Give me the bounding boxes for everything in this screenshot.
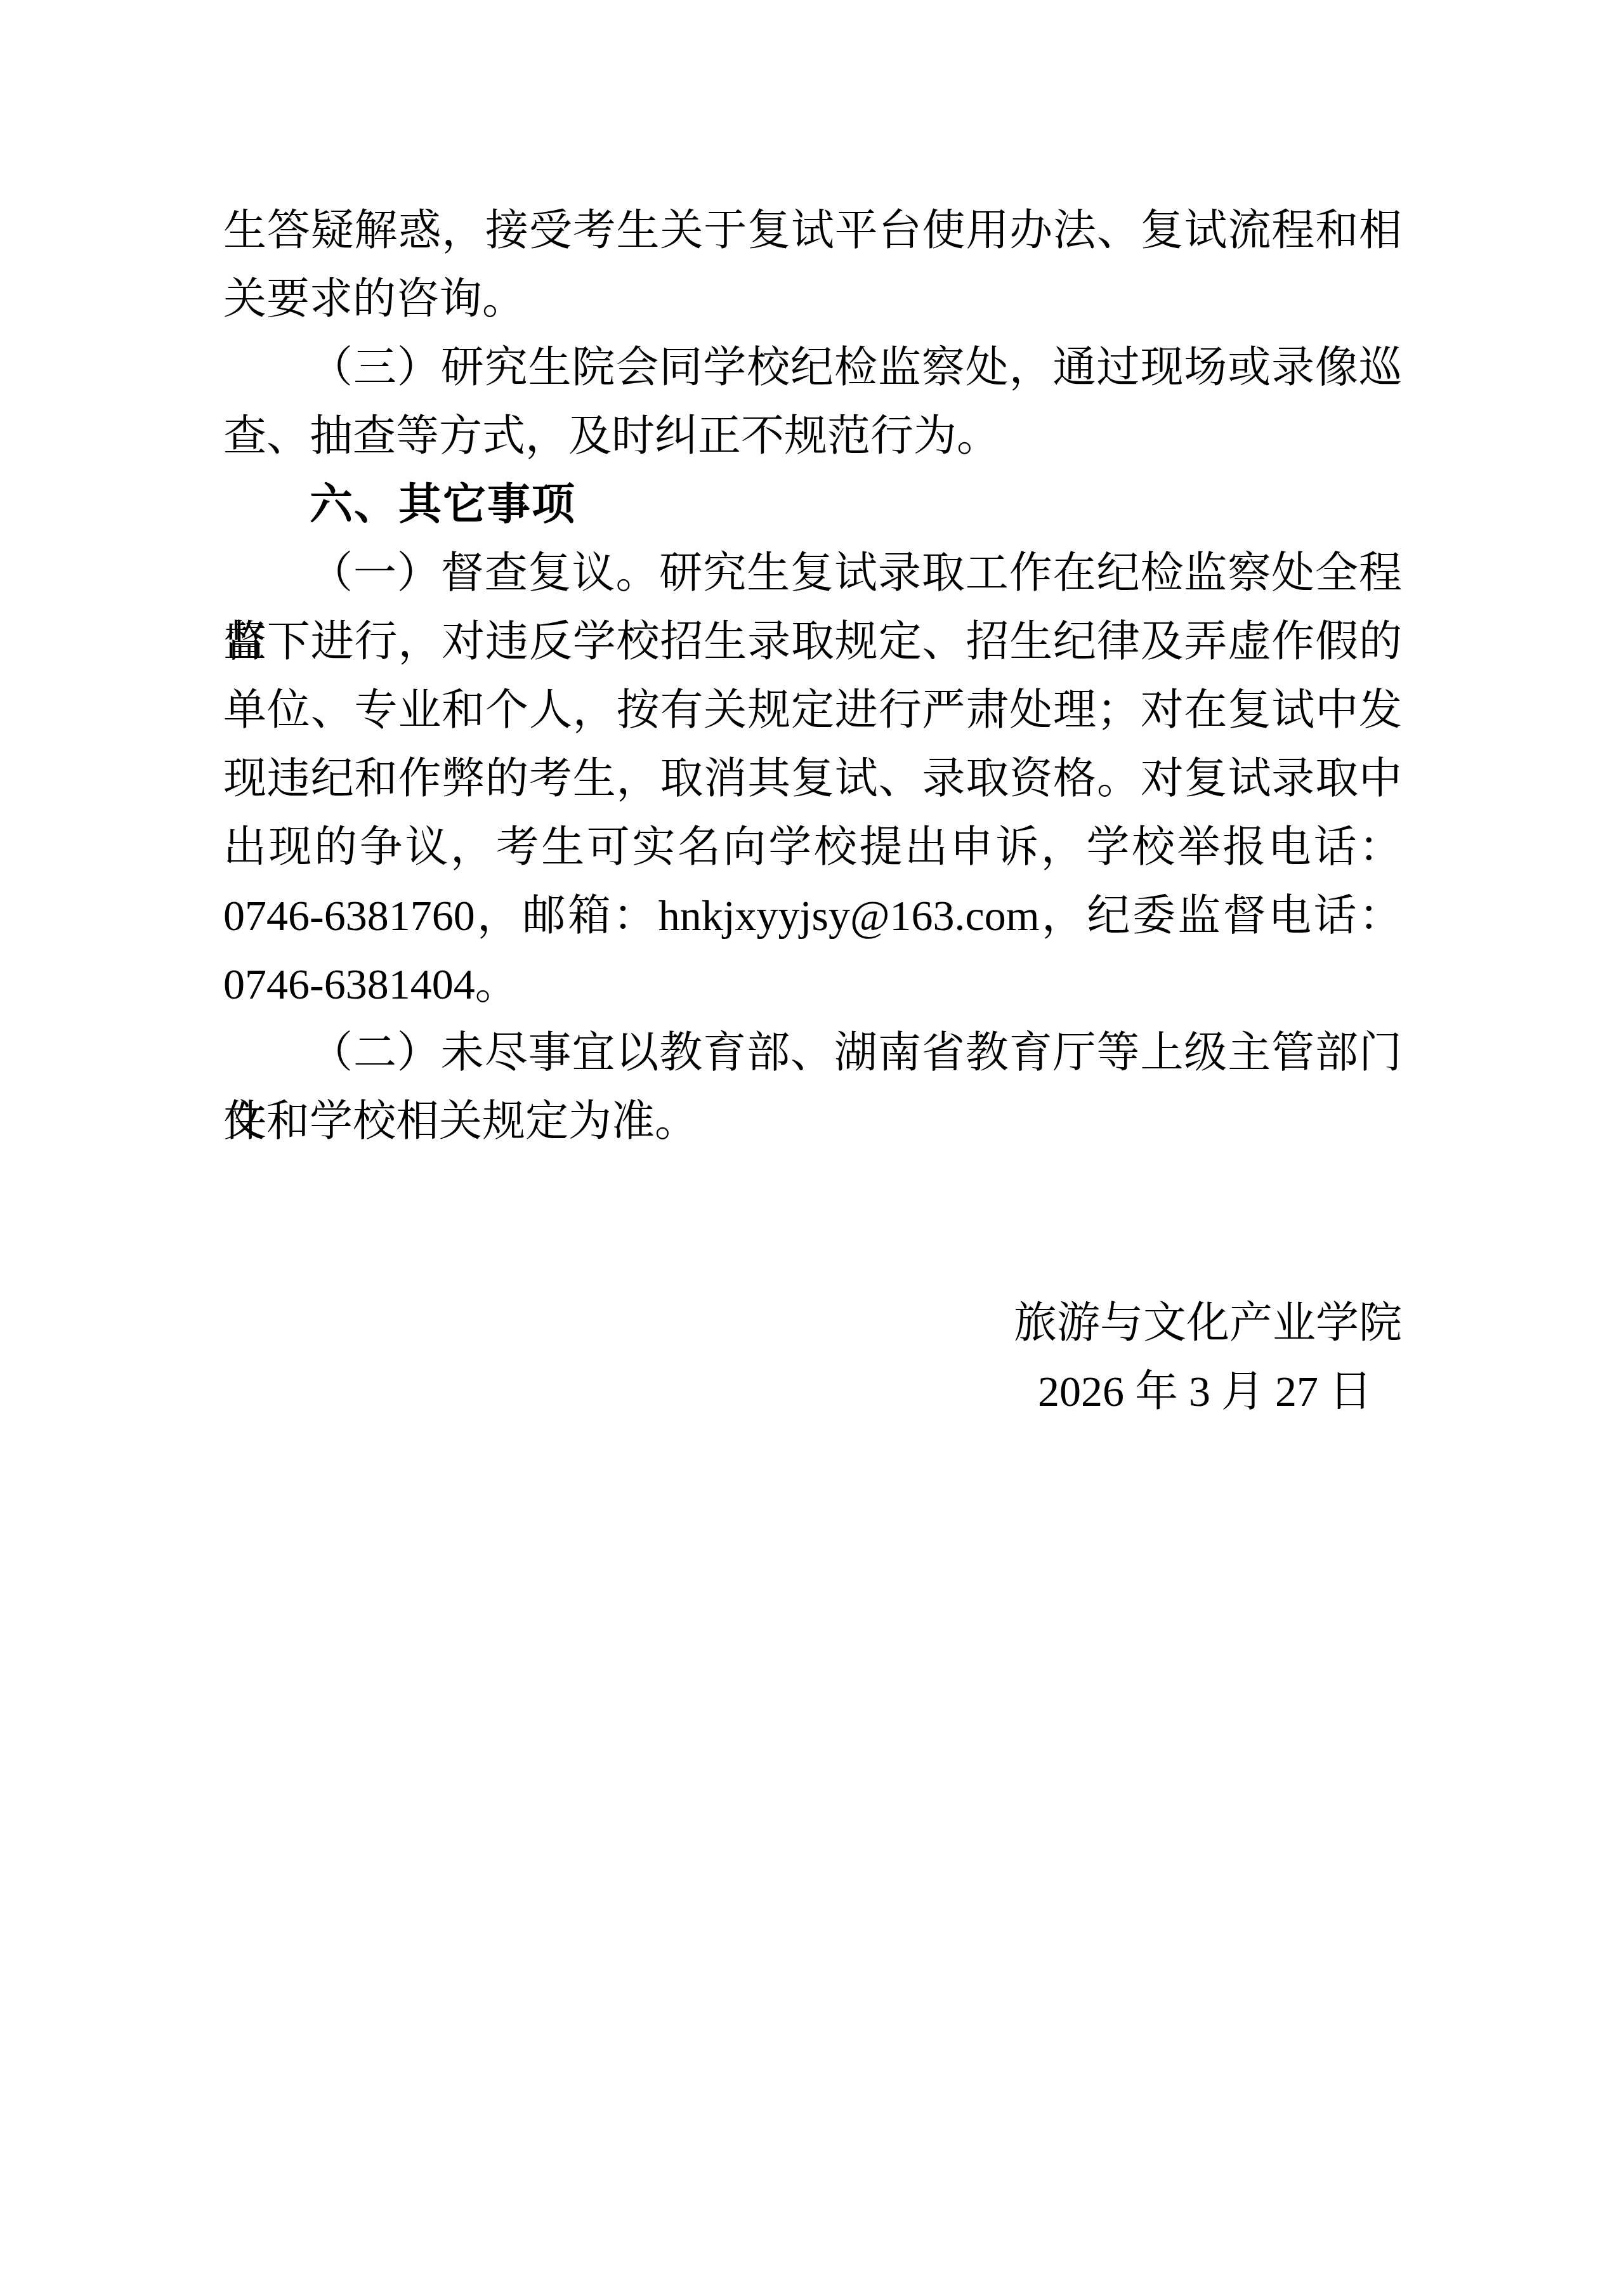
section-heading: 六、其它事项 xyxy=(223,470,1402,539)
document-body: 生答疑解惑，接受考生关于复试平台使用办法、复试流程和相 关要求的咨询。 （三）研… xyxy=(223,196,1402,1426)
signing-department: 旅游与文化产业学院 xyxy=(223,1289,1402,1357)
body-line: 现违纪和作弊的考生，取消其复试、录取资格。对复试录取中 xyxy=(223,744,1402,813)
signing-date: 2026 年 3 月 27 日 xyxy=(223,1357,1402,1426)
body-line: 出现的争议，考生可实名向学校提出申诉，学校举报电话： xyxy=(223,813,1402,881)
body-line: （三）研究生院会同学校纪检监察处，通过现场或录像巡 xyxy=(223,333,1402,402)
body-line: 查、抽查等方式，及时纠正不规范行为。 xyxy=(223,402,1402,470)
blank-gap xyxy=(223,1155,1402,1289)
body-line: 生答疑解惑，接受考生关于复试平台使用办法、复试流程和相 xyxy=(223,196,1402,265)
body-line: 0746-6381404。 xyxy=(223,950,1402,1018)
body-line: 关要求的咨询。 xyxy=(223,265,1402,333)
body-line: 督下进行，对违反学校招生录取规定、招生纪律及弄虚作假的 xyxy=(223,607,1402,676)
body-line: 件和学校相关规定为准。 xyxy=(223,1087,1402,1155)
body-line: （一）督查复议。研究生复试录取工作在纪检监察处全程监 xyxy=(223,539,1402,607)
body-line: （二）未尽事宜以教育部、湖南省教育厅等上级主管部门文 xyxy=(223,1018,1402,1087)
body-line: 单位、专业和个人，按有关规定进行严肃处理；对在复试中发 xyxy=(223,676,1402,744)
body-line: 0746-6381760，邮箱：hnkjxyyjsy@163.com，纪委监督电… xyxy=(223,881,1402,950)
document-page: 生答疑解惑，接受考生关于复试平台使用办法、复试流程和相 关要求的咨询。 （三）研… xyxy=(0,0,1624,2296)
